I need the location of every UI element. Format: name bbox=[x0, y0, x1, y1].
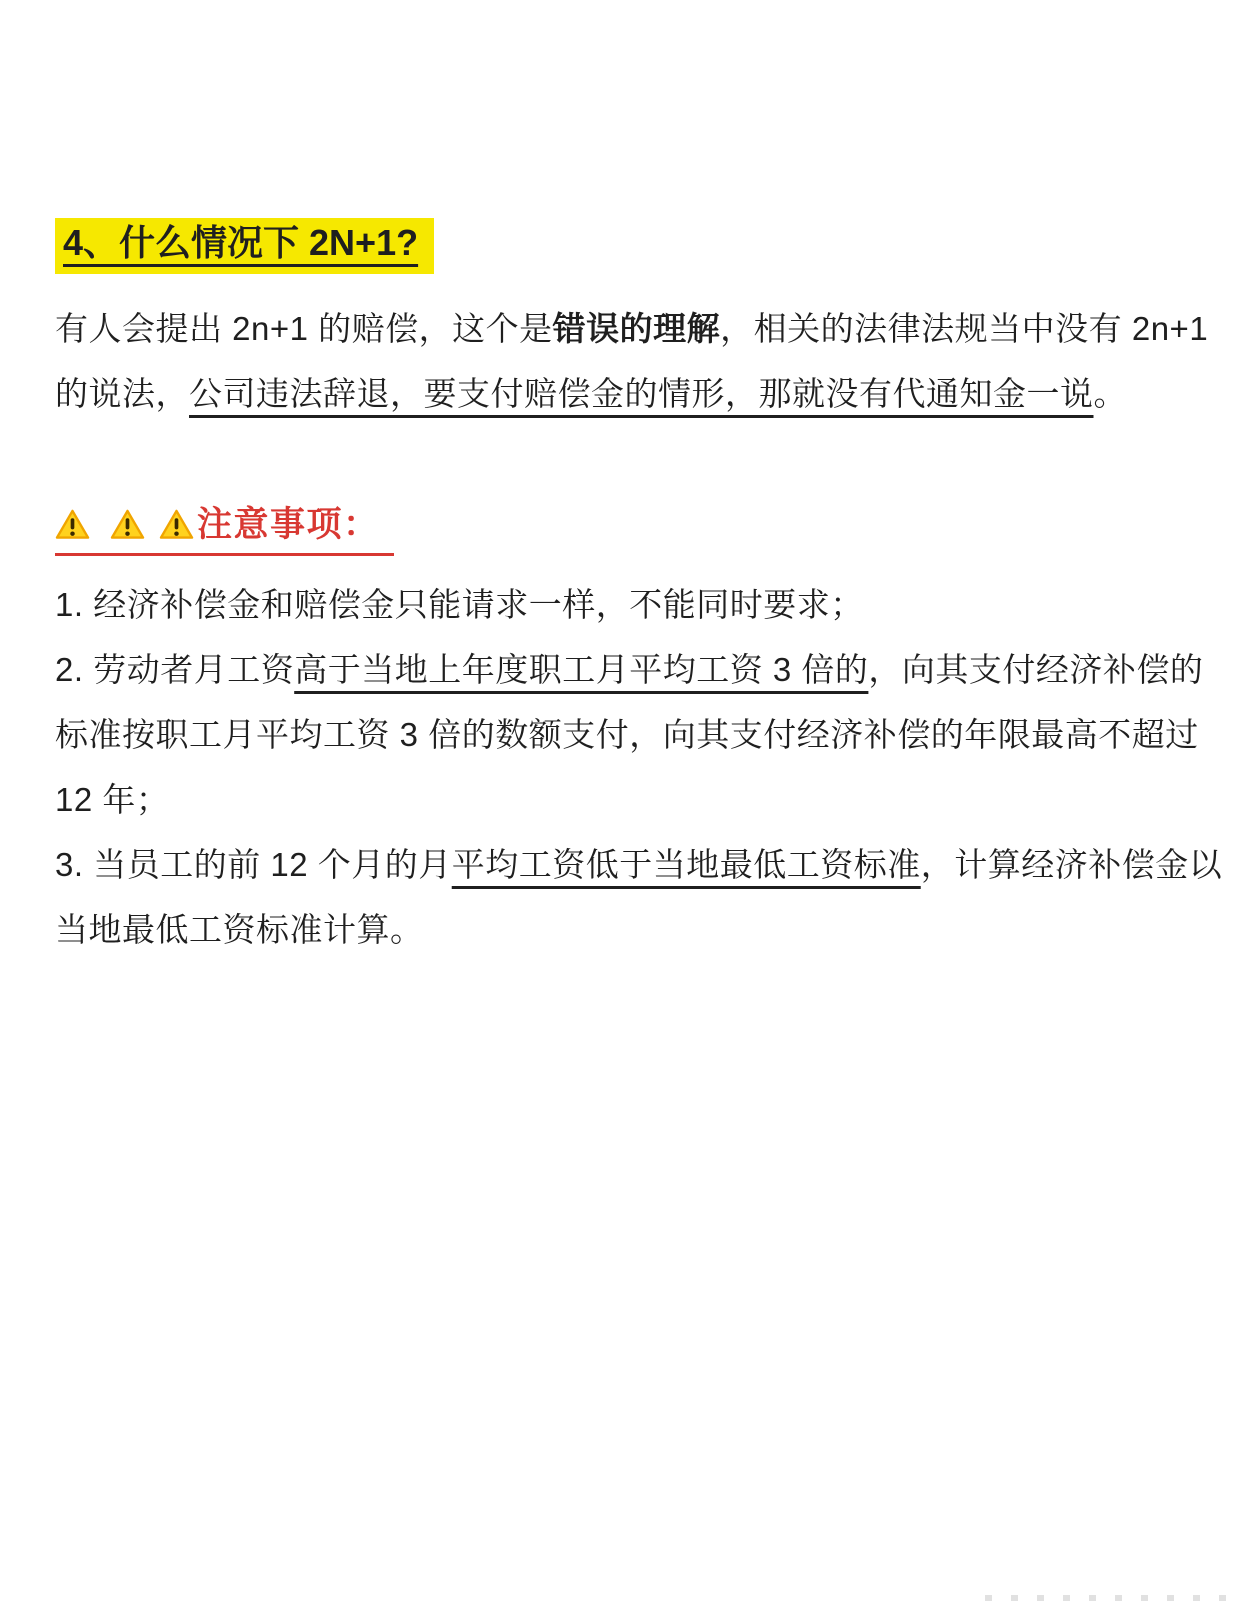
notice-header: 注意事项： bbox=[55, 506, 394, 557]
item2-l1-underline: 高于当地上年度职工月平均工资 3 倍的 bbox=[294, 651, 868, 688]
page-root: { "colors": { "highlight": "#F6E800", "n… bbox=[0, 0, 1242, 1601]
item3-l1-post: ，计算经济补偿金以 bbox=[921, 846, 1223, 883]
item2-l1-post: ，向其支付经济补偿的 bbox=[868, 651, 1203, 688]
warning-icon bbox=[110, 509, 145, 540]
list-item-3-line-2: 当地最低工资标准计算。 bbox=[55, 897, 1202, 962]
warning-icon bbox=[159, 509, 194, 540]
list-item-2-line-1: 2. 劳动者月工资高于当地上年度职工月平均工资 3 倍的，向其支付经济补偿的 bbox=[55, 637, 1202, 702]
item3-line2: 当地最低工资标准计算。 bbox=[55, 911, 424, 948]
item2-l1-pre: 2. 劳动者月工资 bbox=[55, 651, 294, 688]
item3-l1-pre: 3. 当员工的前 12 个月的月 bbox=[55, 846, 452, 883]
intro-l2-underline: 公司违法辞退，要支付赔偿金的情形，那就没有代通知金一说 bbox=[189, 375, 1094, 412]
item2-line3: 12 年； bbox=[55, 781, 169, 818]
list-item-2-line-3: 12 年； bbox=[55, 767, 1202, 832]
item3-l1-underline: 平均工资低于当地最低工资标准 bbox=[452, 846, 921, 883]
section-heading: 4、什么情况下 2N+1? bbox=[55, 218, 434, 274]
list-item-3-line-1: 3. 当员工的前 12 个月的月平均工资低于当地最低工资标准，计算经济补偿金以 bbox=[55, 832, 1202, 897]
item2-line2: 标准按职工月平均工资 3 倍的数额支付，向其支付经济补偿的年限最高不超过 bbox=[55, 716, 1199, 753]
section-heading-text: 4、什么情况下 2N+1? bbox=[63, 222, 418, 263]
list-item-2-line-2: 标准按职工月平均工资 3 倍的数额支付，向其支付经济补偿的年限最高不超过 bbox=[55, 702, 1202, 767]
intro-l2-pre: 的说法， bbox=[55, 375, 189, 412]
item1-line1: 1. 经济补偿金和赔偿金只能请求一样，不能同时要求； bbox=[55, 586, 864, 623]
intro-paragraph: 有人会提出 2n+1 的赔偿，这个是错误的理解，相关的法律法规当中没有 2n+1… bbox=[55, 296, 1202, 426]
cutoff-watermark bbox=[985, 1595, 1235, 1601]
intro-line-1: 有人会提出 2n+1 的赔偿，这个是错误的理解，相关的法律法规当中没有 2n+1 bbox=[55, 296, 1202, 361]
intro-l1-post: ，相关的法律法规当中没有 2n+1 bbox=[720, 310, 1208, 347]
intro-l1-bold: 错误的理解 bbox=[553, 310, 721, 347]
intro-line-2: 的说法，公司违法辞退，要支付赔偿金的情形，那就没有代通知金一说。 bbox=[55, 361, 1202, 426]
notice-list: 1. 经济补偿金和赔偿金只能请求一样，不能同时要求； 2. 劳动者月工资高于当地… bbox=[55, 572, 1202, 962]
intro-l1-pre: 有人会提出 2n+1 的赔偿，这个是 bbox=[55, 310, 553, 347]
intro-l2-post: 。 bbox=[1094, 375, 1128, 412]
notice-title: 注意事项： bbox=[197, 506, 380, 545]
document-body: 4、什么情况下 2N+1? 有人会提出 2n+1 的赔偿，这个是错误的理解，相关… bbox=[0, 0, 1242, 962]
list-item-1: 1. 经济补偿金和赔偿金只能请求一样，不能同时要求； bbox=[55, 572, 1202, 637]
warning-icon bbox=[55, 509, 90, 540]
